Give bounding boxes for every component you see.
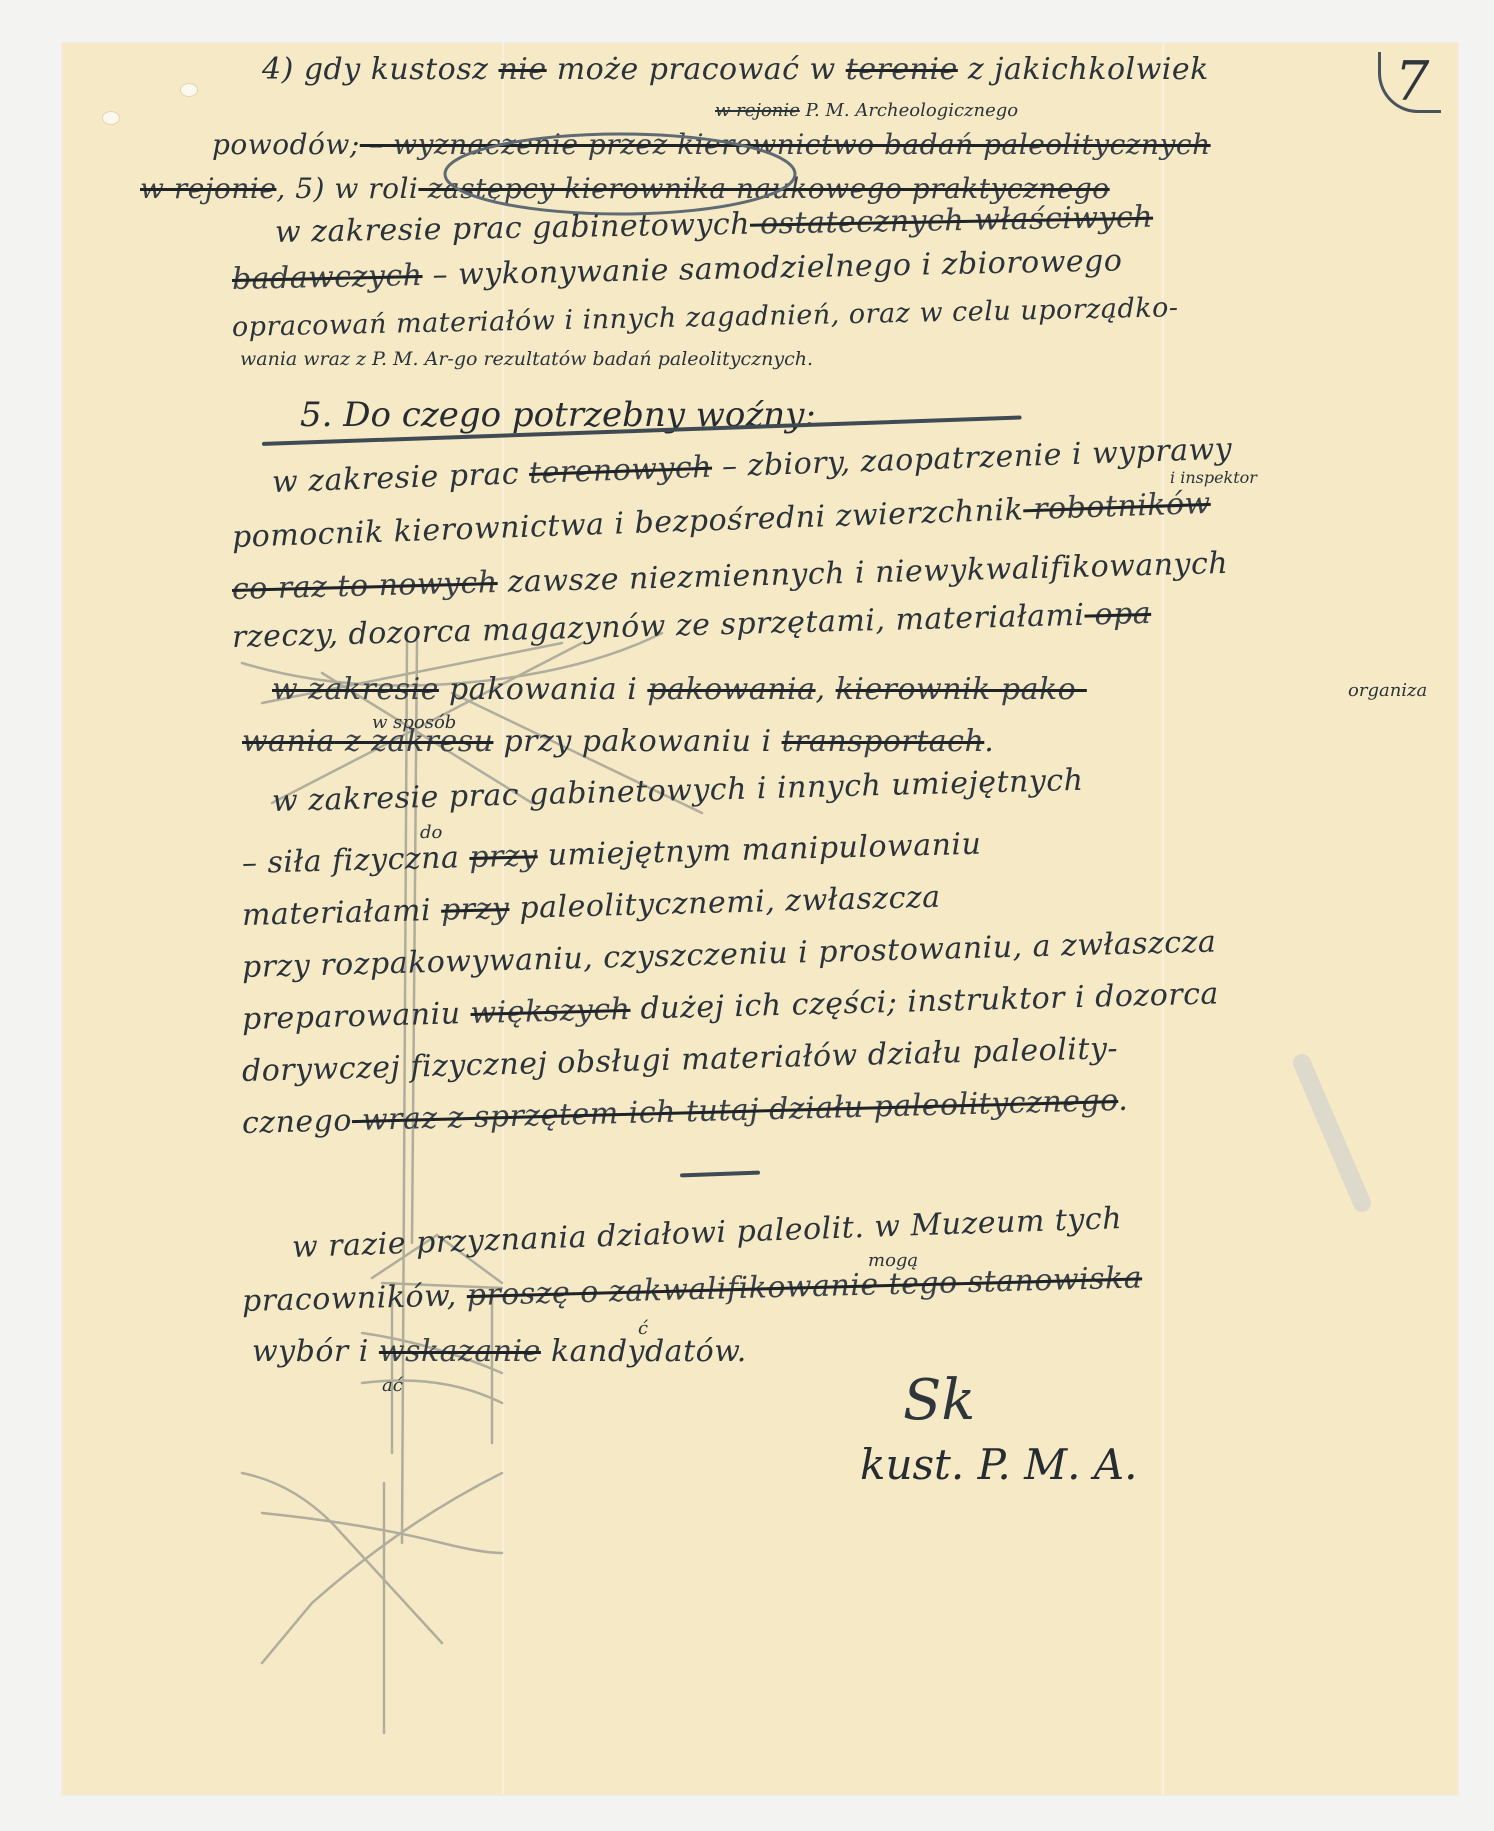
signature-title: kust. P. M. A. — [860, 1440, 1137, 1489]
field-insert-inspektor: i inspektor — [1170, 468, 1257, 487]
page-number: 7 — [1395, 50, 1429, 113]
para4-line1: 4) gdy kustosz nie może pracować w teren… — [262, 52, 1209, 87]
closing-line3: wybór i wskazanie kandydatów. — [252, 1334, 747, 1369]
closing-insert-ac: ać — [382, 1375, 403, 1396]
cabinet-line4: wania wraz z P. M. Ar-go rezultatów bada… — [240, 348, 813, 370]
packing-insert-organiza: organiza — [1348, 680, 1427, 701]
punch-hole — [102, 111, 120, 125]
packing-line2: wania z zakresu przy pakowaniu i transpo… — [242, 724, 994, 759]
para4-insert: w rejonie P. M. Archeologicznego — [715, 100, 1018, 121]
packing-line1: w zakresie pakowania i pakowania, kierow… — [272, 672, 1087, 707]
signature-initials: Sk — [903, 1368, 975, 1433]
punch-hole — [180, 83, 198, 97]
